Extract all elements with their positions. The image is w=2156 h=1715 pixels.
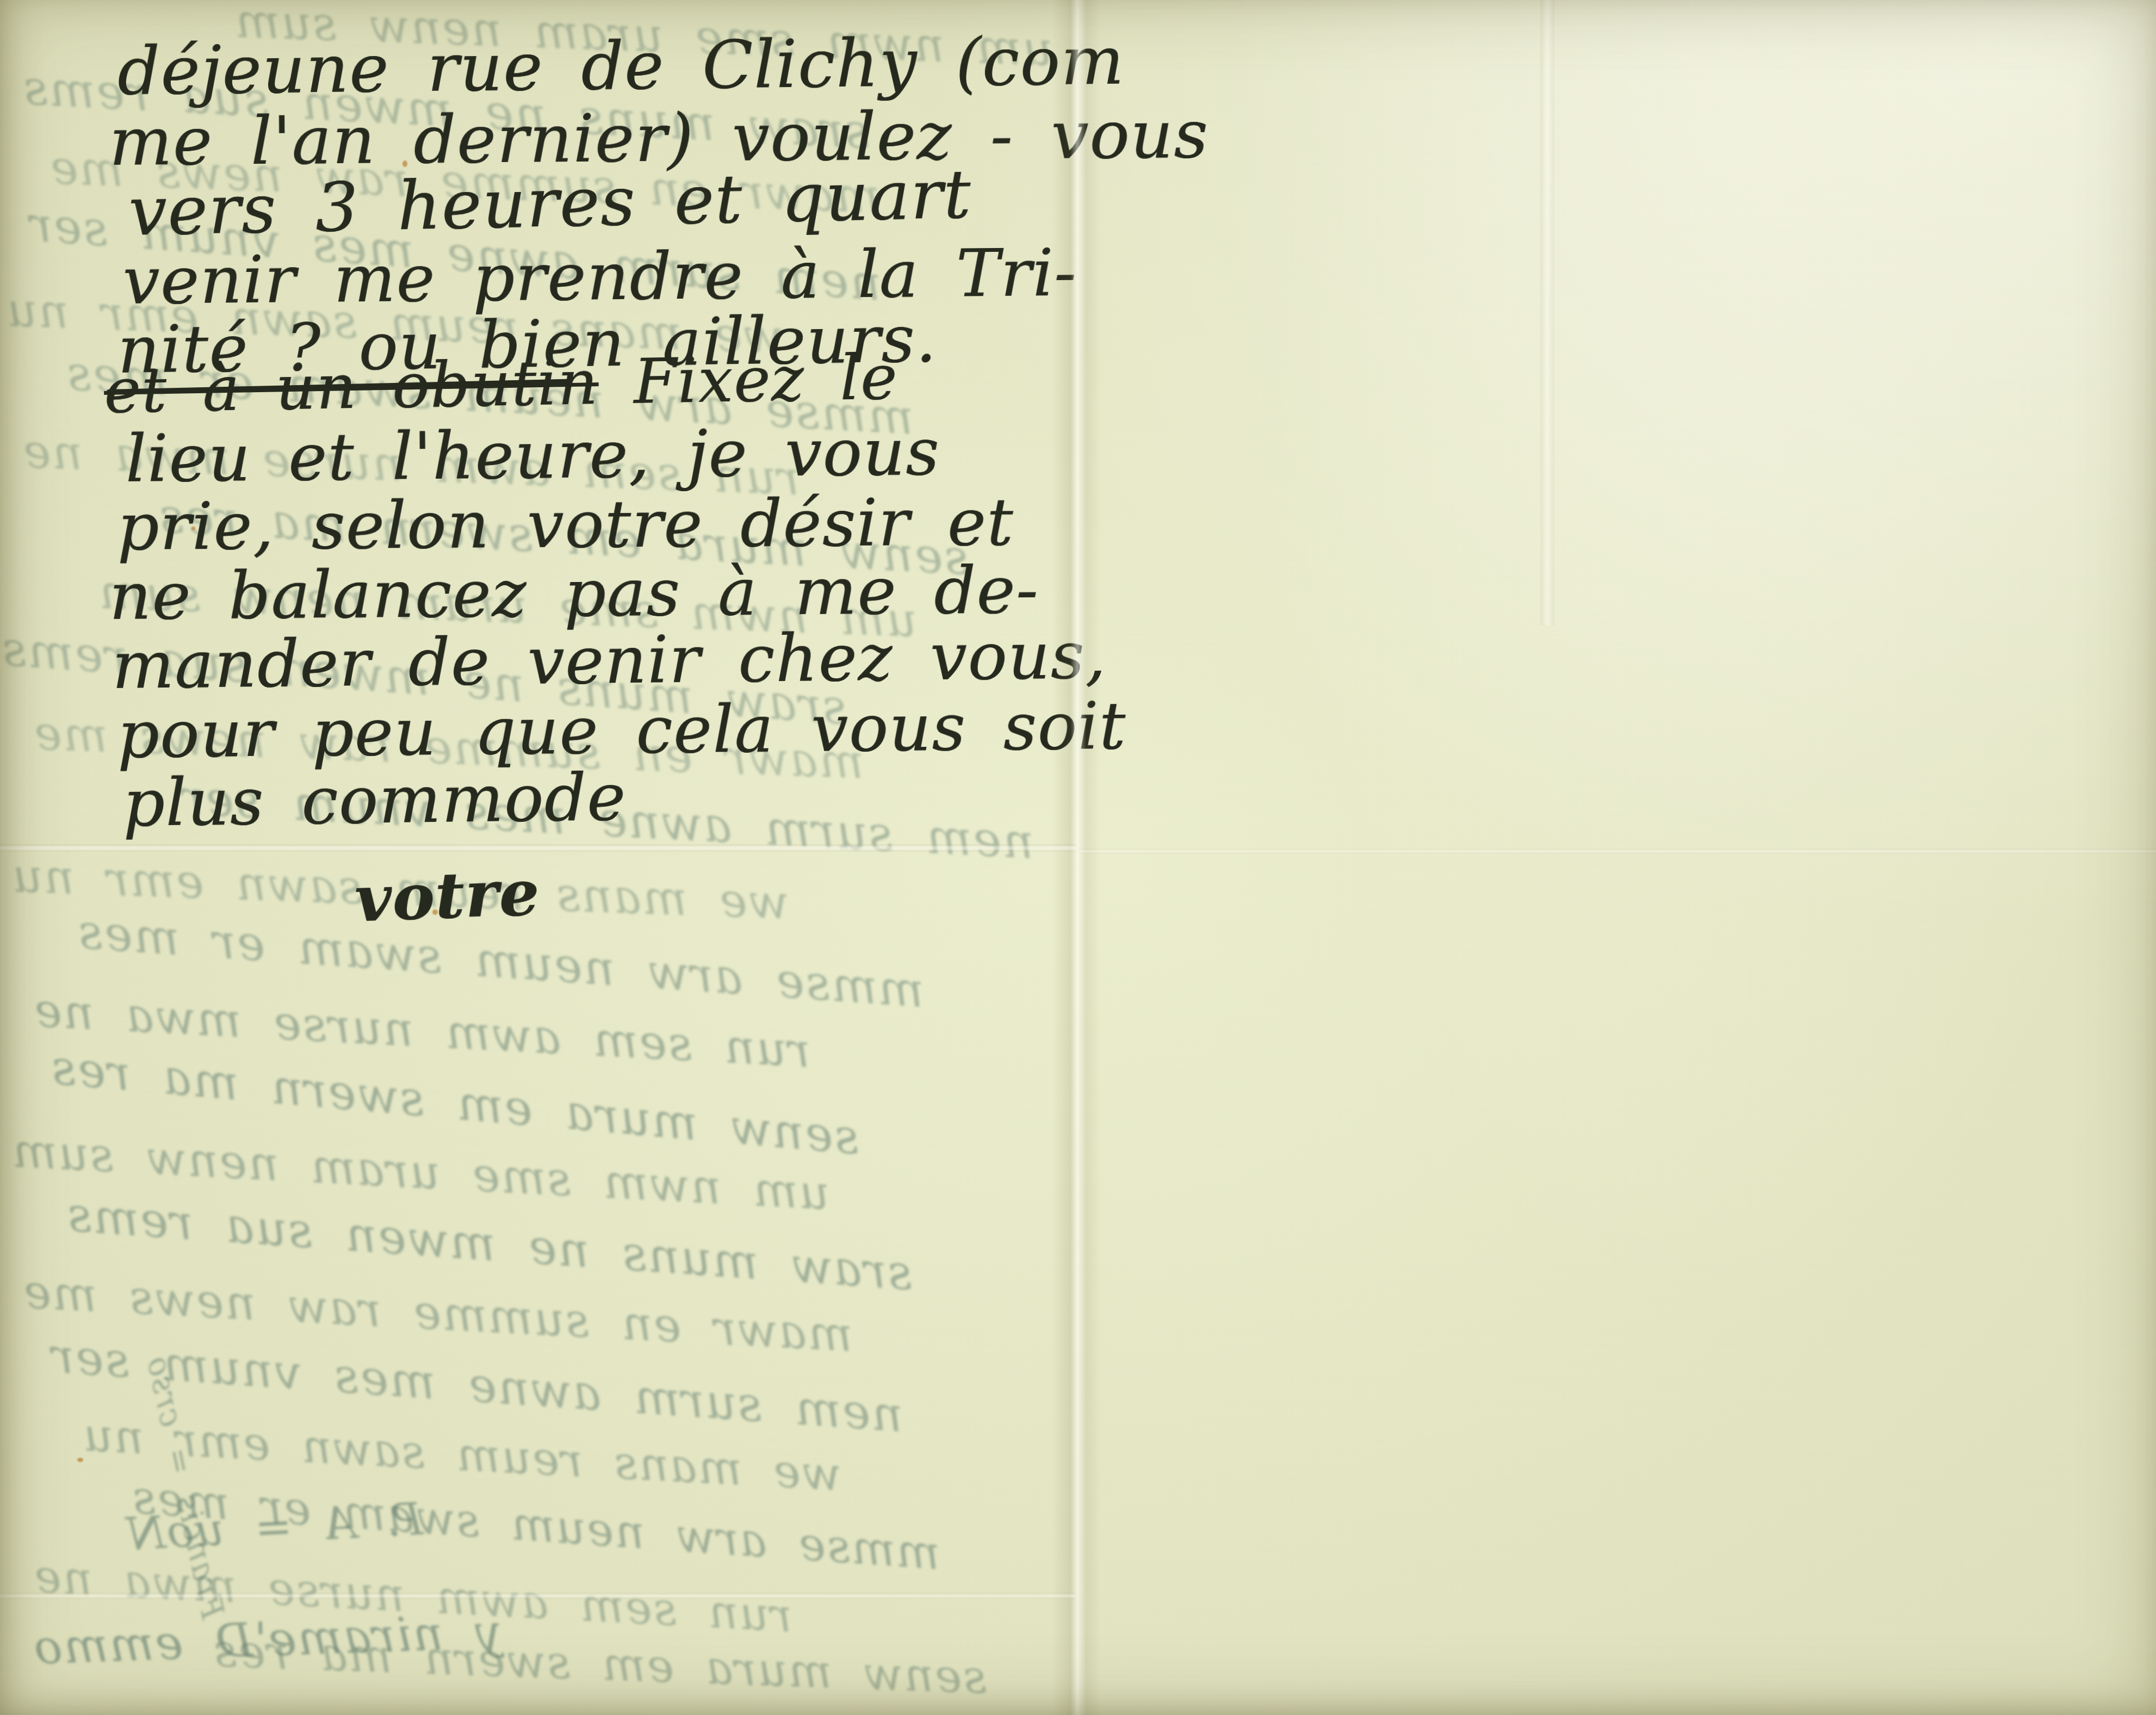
letter-page-left: um nwm sme uram nenw sumsraw muns ne mwe… (0, 0, 1076, 1715)
handwritten-line: déjeune rue de Clichy (com (117, 22, 1125, 110)
handwritten-line: prie, selon votre désir et (117, 485, 1014, 565)
rust-speck (191, 527, 195, 530)
letter-scan: um nwm sme uram nenw sumsraw muns ne mwe… (0, 0, 2156, 1715)
handwritten-line: votre (354, 856, 541, 936)
rust-speck (402, 160, 407, 167)
line-text: Fixez le (598, 341, 899, 419)
letter-page-right: nem surm awne mes vnum serrun sem awm nu… (1076, 0, 2156, 1715)
rust-speck (77, 1458, 83, 1462)
rust-speck (432, 909, 438, 915)
handwritten-line: plus commode (122, 760, 627, 841)
handwritten-line: lieu et l'heure, je vous (125, 414, 940, 497)
